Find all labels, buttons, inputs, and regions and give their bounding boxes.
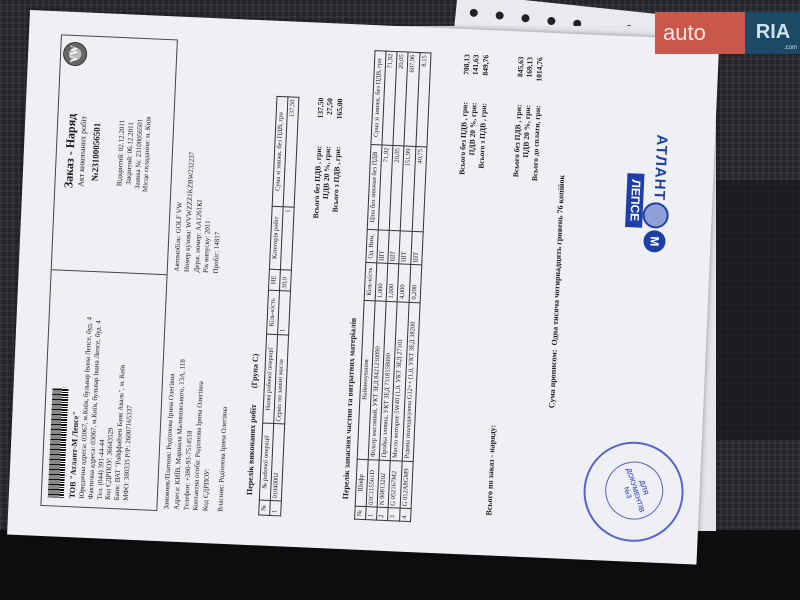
table-cell: 4	[399, 509, 411, 522]
globe-icon	[642, 202, 669, 229]
parts-totals: Всього без ПДВ , грн:708,13 ПДВ 20 %, гр…	[452, 54, 491, 295]
order-heading: Заказ - Наряд Акт виконаних робіт №23100…	[58, 41, 107, 263]
table-cell: 1	[366, 507, 378, 520]
customer-info: Замовник/Платник: Родіонова Ірина Олегів…	[162, 269, 236, 512]
brand-lepse: ЛЕПСЕ	[625, 173, 644, 227]
table-cell: 01040002	[270, 424, 284, 501]
table-cell: 40,75	[412, 146, 427, 232]
grand-total-label: Всього по заказ - наряду:	[484, 425, 498, 516]
table-cell: 1	[278, 291, 291, 335]
parts-table: №ШифрНайменуванняКіль-кістьОд. Вим.Ціна …	[354, 50, 431, 522]
works-table: №№ робочої операціїНазва робочої операці…	[258, 96, 300, 517]
watermark-auto: auto	[655, 12, 745, 54]
table-cell: G 012A8GM9	[400, 461, 413, 509]
table-cell: 3	[388, 508, 400, 521]
table-header: №	[259, 500, 271, 515]
barcode	[48, 387, 69, 498]
table-cell: 30,0	[280, 269, 292, 291]
document-content: ТОВ "Атлант-М Лепсе" Юридична адреса: 03…	[22, 26, 703, 554]
brand-m-icon: M	[643, 230, 666, 253]
works-title: Перелік виконаних робіт (Група С)	[245, 353, 261, 495]
autoria-watermark: auto RIA.com	[655, 12, 800, 54]
table-cell: 0,200	[409, 265, 422, 303]
brand-atlant: АТЛАНТ	[650, 134, 670, 201]
amount-in-words: Сума прописом: Одна тисяча чотирнадцять …	[547, 68, 572, 408]
watermark-ria: RIA.com	[745, 12, 800, 54]
header-box: ТОВ "Атлант-М Лепсе" Юридична адреса: 03…	[40, 34, 177, 511]
work-order-document: ТОВ "Атлант-М Лепсе" Юридична адреса: 03…	[7, 10, 719, 565]
company-stamp: ДЛЯ ДОКУМЕНТІВ №3	[571, 429, 696, 554]
company-info: ТОВ "Атлант-М Лепсе" Юридична адреса: 03…	[68, 278, 140, 501]
table-cell: 1	[281, 207, 295, 270]
table-cell: ШТ	[410, 231, 423, 265]
vehicle-info: Автомобіль: GOLF VW Номер кузова: WVWZZZ…	[173, 42, 232, 274]
grand-totals: Всього без ПДВ , грн:845,63 ПДВ 20 %, гр…	[506, 56, 545, 297]
works-totals: Всього без ПДВ , грн:137,50 ПДВ 20 %, гр…	[306, 98, 345, 339]
order-meta: Відкритий: 02.12.2011 Закритий: 06.12.20…	[112, 43, 157, 264]
table-header: №	[355, 507, 367, 520]
table-cell: 2	[377, 508, 389, 521]
table-cell: 1	[270, 501, 282, 516]
atlant-lepse-logo: АТЛАНТ M ЛЕПСЕ	[624, 133, 672, 253]
